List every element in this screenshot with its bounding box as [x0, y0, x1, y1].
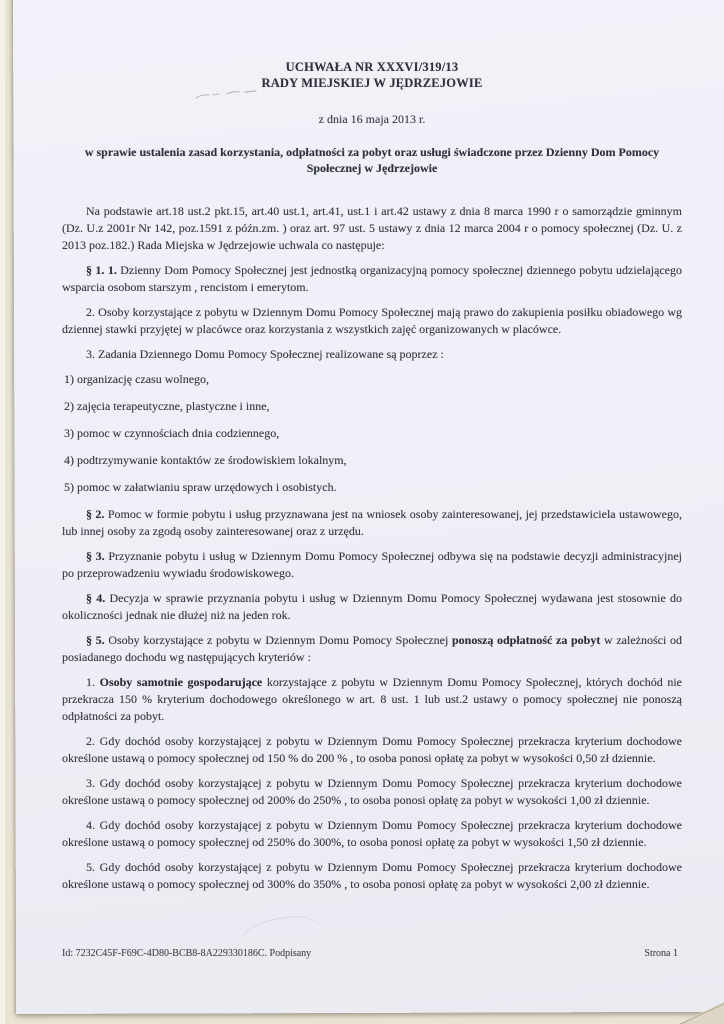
section-2: § 2. Pomoc w formie pobytu i usług przyz… [62, 506, 682, 540]
resolution-date: z dnia 16 maja 2013 r. [62, 111, 682, 128]
task-item-3: 3) pomoc w czynnościach dnia codziennego… [62, 425, 682, 442]
criterion-2: 2. Gdy dochód osoby korzystającej z poby… [62, 733, 682, 767]
scanned-page: UCHWAŁA NR XXXVI/319/13 RADY MIEJSKIEJ W… [0, 0, 724, 1024]
page-number: Strona 1 [644, 948, 678, 959]
section-3: § 3. Przyznanie pobytu i usług w Dzienny… [62, 548, 682, 582]
section-5: § 5. Osoby korzystające z pobytu w Dzien… [62, 632, 682, 666]
criterion-4: 4. Gdy dochód osoby korzystającej z poby… [62, 817, 682, 851]
section-1-point-1: § 1. 1. Dzienny Dom Pomocy Społecznej je… [62, 262, 682, 296]
document-body: Na podstawie art.18 ust.2 pkt.15, art.40… [62, 203, 682, 893]
document-id: Id: 7232C45F-F69C-4D80-BCB8-8A229330186C… [62, 948, 311, 959]
document-content: UCHWAŁA NR XXXVI/319/13 RADY MIEJSKIEJ W… [0, 0, 724, 1024]
section-1-point-3: 3. Zadania Dziennego Domu Pomocy Społecz… [62, 346, 682, 363]
criterion-1: 1. Osoby samotnie gospodarujące korzysta… [62, 674, 682, 725]
pencil-smudge [193, 87, 261, 103]
resolution-subject: w sprawie ustalenia zasad korzystania, o… [68, 145, 676, 176]
section-1-point-2: 2. Osoby korzystające z pobytu w Dzienny… [62, 304, 682, 338]
task-item-4: 4) podtrzymywanie kontaktów ze środowisk… [62, 452, 682, 469]
task-item-2: 2) zajęcia terapeutyczne, plastyczne i i… [62, 398, 682, 415]
task-item-1: 1) organizację czasu wolnego, [62, 371, 682, 388]
criterion-5: 5. Gdy dochód osoby korzystającej z poby… [62, 859, 682, 893]
legal-basis-paragraph: Na podstawie art.18 ust.2 pkt.15, art.40… [62, 203, 682, 254]
task-item-5: 5) pomoc w załatwianiu spraw urzędowych … [62, 479, 682, 496]
section-4: § 4. Decyzja w sprawie przyznania pobytu… [62, 590, 682, 624]
council-name: RADY MIEJSKIEJ W JĘDRZEJOWIE [62, 76, 682, 92]
resolution-number: UCHWAŁA NR XXXVI/319/13 [62, 60, 682, 76]
document-header: UCHWAŁA NR XXXVI/319/13 RADY MIEJSKIEJ W… [62, 60, 682, 176]
criterion-3: 3. Gdy dochód osoby korzystającej z poby… [62, 775, 682, 809]
page-footer: Id: 7232C45F-F69C-4D80-BCB8-8A229330186C… [62, 948, 678, 959]
